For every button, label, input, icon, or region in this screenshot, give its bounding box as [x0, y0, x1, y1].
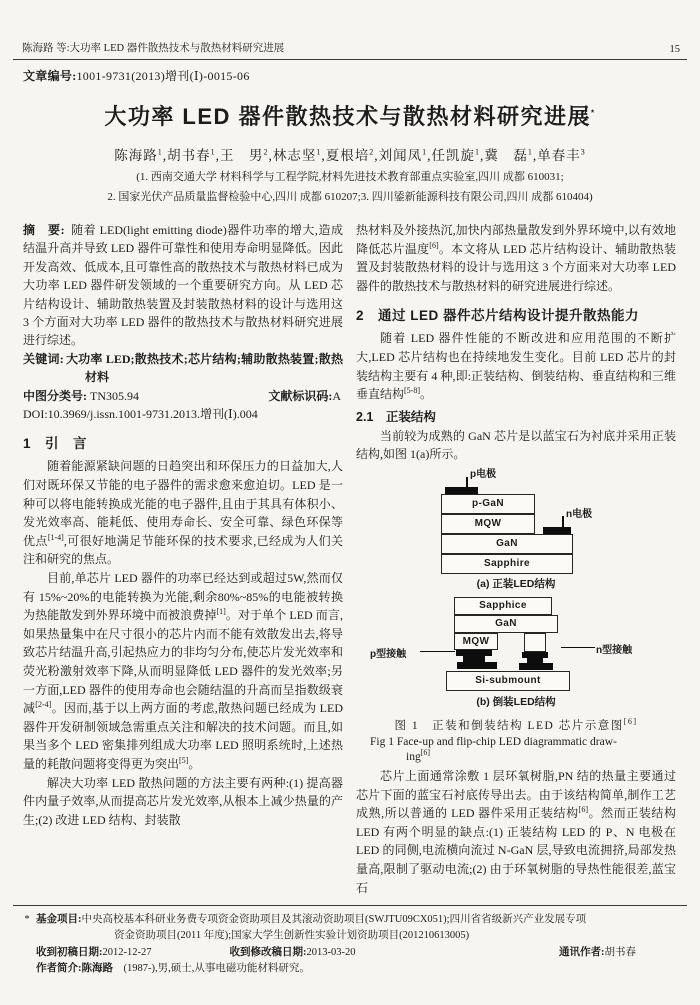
revised-label: 收到修改稿日期:	[230, 947, 307, 958]
figure-caption-en-line2: ing[6]	[370, 751, 430, 763]
fund-text-1: 中央高校基本科研业务费专项资金资助项目及其滚动资助项目(SWJTU09CX051…	[82, 912, 587, 928]
n-submount-pad	[519, 663, 553, 670]
bio-text: (1987-),男,硕士,从事电磁功能材料研究。	[124, 963, 310, 974]
page-number: 15	[670, 44, 685, 55]
figure-caption-en-line1: Fig 1 Face-up and flip-chip LED diagramm…	[370, 736, 617, 748]
corresponding-author: 胡书春	[605, 947, 637, 958]
subcaption-b: (b) 倒装LED结构	[366, 694, 666, 709]
section-2-1-heading: 2.1 正装结构	[356, 407, 676, 425]
led-structure-diagram: p电极 p-GaN MQW n电极 GaN Sapphire (a) 正装LED…	[366, 468, 666, 712]
received-date: 2012-12-27	[103, 947, 152, 958]
corresponding-author-group: 通讯作者:胡书春	[559, 945, 636, 961]
right-column: 热材料及外接热沉,加快内部热量散发到外界环境中,以有效地降低芯片温度[6]。本文…	[356, 221, 676, 899]
layer-sapphire-a: Sapphire	[441, 554, 573, 574]
running-head: 陈海路 等:大功率 LED 器件散热技术与散热材料研究进展	[22, 40, 284, 55]
classification-line: 中图分类号: TN305.94 文献标识码:A	[23, 387, 343, 405]
page-footer: * 基金项目: 中央高校基本科研业务费专项资金资助项目及其滚动资助项目(SWJT…	[0, 906, 700, 976]
header-rule	[13, 59, 687, 60]
layer-p-gan: p-GaN	[441, 494, 535, 514]
author-bio-line: 作者简介:陈海路 (1987-),男,硕士,从事电磁功能材料研究。	[36, 961, 678, 977]
footnote-asterisk: *	[18, 912, 36, 928]
keywords-text: 大功率 LED;散热技术;芯片结构;辅助散热装置;散热材料	[66, 352, 343, 384]
layer-mqw-a: MQW	[441, 514, 535, 534]
article-number-line: 文章编号:1001-9731(2013)增刊(Ⅰ)-0015-06	[23, 67, 700, 84]
dates-line: 收到初稿日期:2012-12-27 收到修改稿日期:2013-03-20 通讯作…	[18, 945, 678, 961]
p-electrode-bar	[445, 487, 478, 494]
p-submount-pad	[457, 662, 497, 669]
corresponding-label: 通讯作者:	[559, 947, 605, 958]
layer-mqw-b: MQW	[454, 633, 498, 650]
p-contact-pointer-line	[420, 651, 455, 653]
n-contact-pointer-line	[561, 647, 595, 649]
bio-label: 作者简介:	[36, 963, 82, 974]
keywords-label: 关键词:	[23, 352, 64, 366]
layer-gan-a: GaN	[441, 534, 573, 554]
n-electrode-lead-line	[562, 516, 564, 527]
n-contact-label: n型接触	[596, 641, 632, 656]
journal-page: 陈海路 等:大功率 LED 器件散热技术与散热材料研究进展 15 文章编号:10…	[0, 0, 700, 1005]
figure-caption-cn: 图 1 正装和倒装结构 LED 芯片示意图[6]	[356, 717, 676, 733]
doi-line: DOI:10.3969/j.issn.1001-9731.2013.增刊(Ⅰ).…	[23, 405, 343, 423]
affiliation-line-1: (1. 西南交通大学 材料科学与工程学院,材料先进技术教育部重点实验室,四川 成…	[0, 168, 700, 184]
abstract-text: 随着 LED(light emitting diode)器件功率的增大,造成结温…	[23, 223, 343, 347]
p-electrode-label: p电极	[470, 465, 496, 480]
received-label: 收到初稿日期:	[36, 947, 103, 958]
subcaption-a: (a) 正装LED结构	[366, 576, 666, 591]
layer-gan-b: GaN	[454, 615, 558, 633]
affiliation-line-2: 2. 国家光伏产品质量监督检验中心,四川 成都 610207;3. 四川鋈新能源…	[0, 188, 700, 204]
fund-line-2: 资金资助项目(2011 年度);国家大学生创新性实验计划资助项目(2012106…	[18, 928, 678, 944]
authors-line: 陈海路1,胡书春1,王 男2,林志坚1,夏根培2,刘闻凤1,任凯旋1,冀 磊1,…	[0, 144, 700, 164]
page-header: 陈海路 等:大功率 LED 器件散热技术与散热材料研究进展 15	[0, 0, 700, 55]
paragraph-section2-1: 当前较为成熟的 GaN 芯片是以蓝宝石为衬底并采用正装结构,如图 1(a)所示。	[356, 427, 676, 464]
paragraph-intro-3: 解决大功率 LED 散热问题的方法主要有两种:(1) 提高器件内量子效率,从而提…	[23, 774, 343, 830]
section-1-heading: 1 引 言	[23, 432, 343, 452]
clc-label: 中图分类号:	[23, 389, 87, 403]
section-2-heading: 2 通过 LED 器件芯片结构设计提升散热能力	[356, 304, 676, 324]
figure-1: p电极 p-GaN MQW n电极 GaN Sapphire (a) 正装LED…	[356, 468, 676, 765]
keywords-block: 关键词:大功率 LED;散热技术;芯片结构;辅助散热装置;散热材料	[23, 350, 343, 387]
paragraph-section2: 随着 LED 器件性能的不断改进和应用范围的不断扩大,LED 芯片结构也在持续地…	[356, 329, 676, 403]
revised-date-group: 收到修改稿日期:2013-03-20	[230, 945, 356, 961]
abstract-block: 摘 要:随着 LED(light emitting diode)器件功率的增大,…	[23, 221, 343, 350]
figure-1-caption: 图 1 正装和倒装结构 LED 芯片示意图[6] Fig 1 Face-up a…	[356, 717, 676, 765]
n-electrode-label: n电极	[566, 505, 592, 520]
paragraph-section2-1-body: 芯片上面通常涂敷 1 层环氧树脂,PN 结的热量主要通过芯片下面的蓝宝石衬底传导…	[356, 767, 676, 897]
fund-label: 基金项目:	[36, 912, 82, 928]
layer-si-submount: Si-submount	[446, 671, 570, 691]
article-number-value: 1001-9731(2013)增刊(Ⅰ)-0015-06	[77, 69, 250, 83]
abstract-label: 摘 要:	[23, 223, 65, 237]
n-pillar	[524, 633, 546, 652]
doc-code-group: 文献标识码:A	[268, 387, 341, 405]
revised-date: 2013-03-20	[307, 947, 356, 958]
p-contact-label: p型接触	[370, 645, 406, 660]
clc-group: 中图分类号: TN305.94	[23, 387, 139, 405]
layer-sapphire-b: Sapphice	[454, 597, 552, 615]
doc-code-value: A	[332, 389, 341, 403]
left-column: 摘 要:随着 LED(light emitting diode)器件功率的增大,…	[23, 221, 343, 899]
n-electrode-bar	[543, 527, 571, 534]
article-title: 大功率 LED 器件散热技术与散热材料研究进展*	[30, 100, 670, 131]
doc-code-label: 文献标识码:	[268, 389, 332, 403]
clc-value: TN305.94	[90, 389, 139, 403]
paragraph-intro-1: 随着能源紧缺问题的日趋突出和环保压力的日益加大,人们对既环保又节能的电子器件的需…	[23, 457, 343, 569]
figure-caption-en: Fig 1 Face-up and flip-chip LED diagramm…	[356, 735, 676, 765]
received-date-group: 收到初稿日期:2012-12-27	[36, 945, 152, 961]
article-number-label: 文章编号:	[23, 69, 77, 83]
two-column-body: 摘 要:随着 LED(light emitting diode)器件功率的增大,…	[0, 221, 700, 899]
paragraph-intro-2: 目前,单芯片 LED 器件的功率已经达到或超过5W,然而仅有 15%~20%的电…	[23, 569, 343, 774]
paragraph-continuation: 热材料及外接热沉,加快内部热量散发到外界环境中,以有效地降低芯片温度[6]。本文…	[356, 221, 676, 295]
fund-line-1: * 基金项目: 中央高校基本科研业务费专项资金资助项目及其滚动资助项目(SWJT…	[18, 912, 678, 928]
bio-name: 陈海路	[82, 963, 114, 974]
